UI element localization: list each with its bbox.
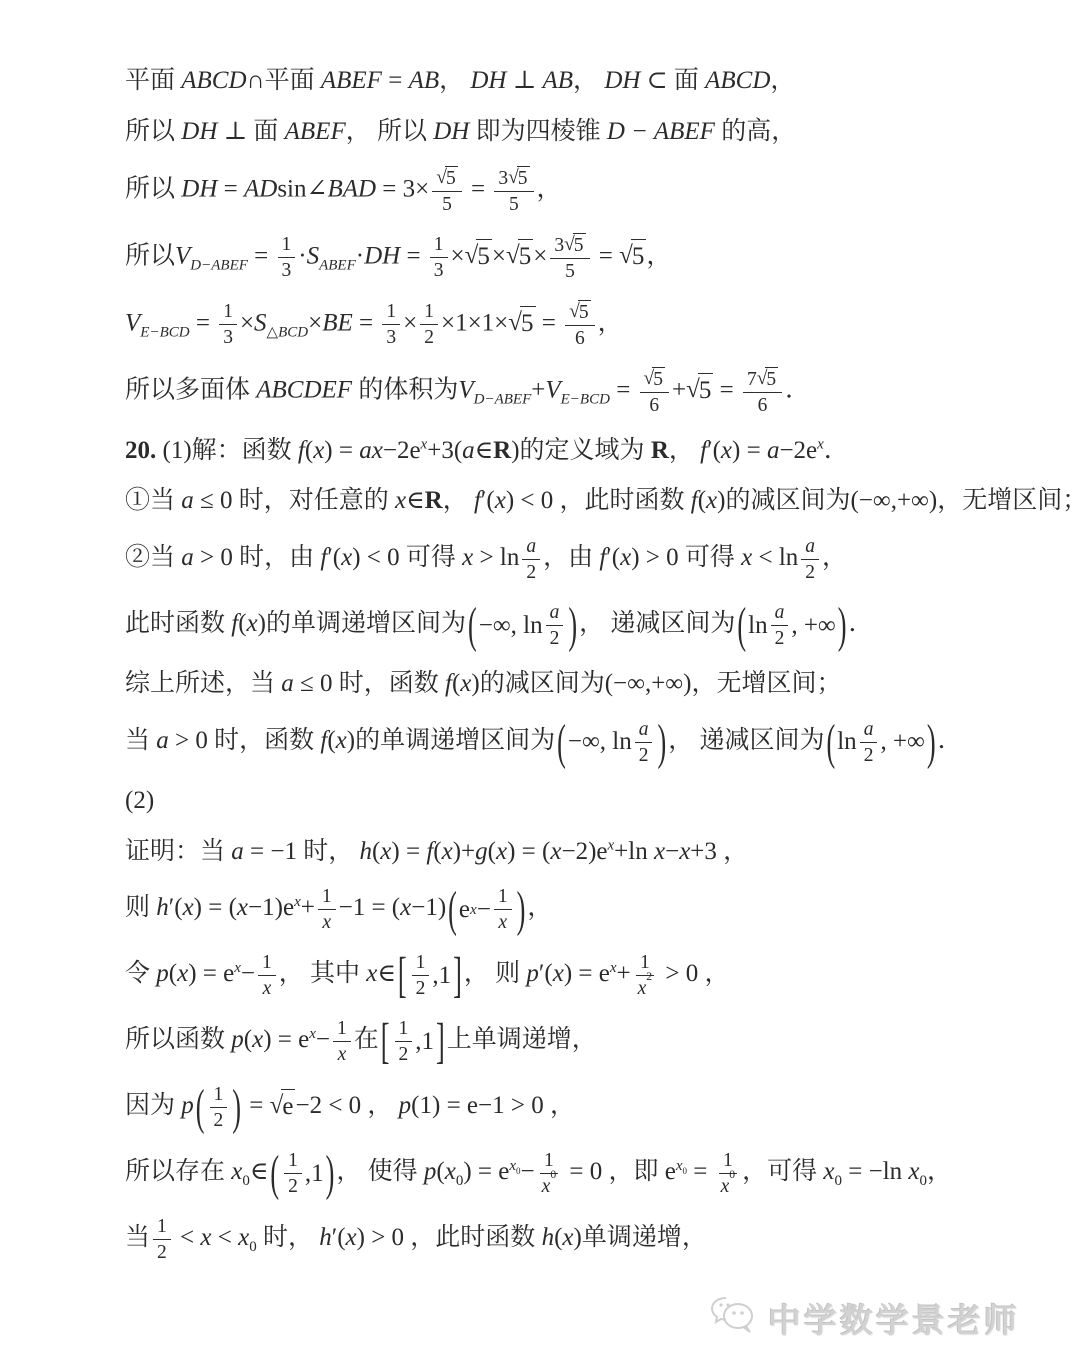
superscript: x [234,960,241,976]
text-run: 所以 [125,175,181,202]
math-line-12: 当 a > 0 时，函数 f(x)的单调递增区间为(−∞, lna2)， 递减区… [125,718,1030,767]
bracket-group: (−∞, lna2) [466,601,579,650]
text-run: ) > 0 可得 [631,544,741,571]
text-run: x [313,437,324,464]
text-run: 2 [214,1109,224,1132]
fraction: √55 [432,166,461,216]
text-run: ′( [169,894,183,921]
math-line-13: (2) [125,784,1030,818]
text-run: x [309,1026,316,1042]
fraction: a2 [771,601,789,650]
radical: √5 [508,306,535,341]
math-line-14: 证明：当 a = −1 时， h(x) = f(x)+g(x) = (x−2)e… [125,835,1030,869]
text-run: = [593,242,620,269]
text-run: V [458,376,473,403]
math-line-3: 所以 DH = ADsin∠BAD = 3×√55 = 3√55， [125,166,1030,216]
text-run: = [465,175,492,202]
subscript: D−ABEF [190,257,248,273]
text-run: AB [409,67,440,94]
fraction: 1x [494,885,512,934]
text-run: 6 [575,327,585,350]
text-run: DH [364,242,400,269]
text-run: ( [169,960,177,987]
fraction: 13 [382,300,400,349]
text-run: x [380,838,391,865]
text-run: )的减区间为(−∞,+∞)，无增区间； [471,670,841,697]
text-run: × [492,242,506,269]
text-run: x [679,838,690,865]
text-run: S [307,242,320,269]
text-run: = [353,309,380,336]
text-run: x [294,894,301,910]
text-run: −2e [779,437,817,464]
text-run: ． [785,376,810,403]
text-run: ABEF [319,257,356,273]
text-run: 5 [518,168,528,189]
fraction: 1x0 [717,1149,740,1198]
text-run: −∞, ln [568,725,632,759]
text-run: (1)解：函数 [156,437,298,464]
text-run: ( [698,487,706,514]
text-run: ，由 [543,544,599,571]
text-run: ， [927,1158,952,1185]
text-run: D−ABEF [190,257,248,273]
text-run: 当 [125,1224,150,1251]
text-run: a [775,601,785,624]
text-run: ( [436,1158,444,1185]
text-run: x [234,960,241,976]
text-run: 则 [125,894,156,921]
fraction: 1x2 [634,951,657,1000]
text-run: 1 [416,951,426,974]
text-run: 2 [646,970,652,983]
text-run: )单调递增， [574,1224,707,1251]
text-run: x [721,437,732,464]
fraction: a2 [635,718,653,767]
text-run: ABCD [181,67,246,94]
text-run: 2 [416,977,426,1000]
text-run: ②当 [125,544,181,571]
text-run: x [445,1158,456,1185]
text-run: R [493,437,511,464]
superscript: x [817,436,824,452]
text-run: (2) [125,787,154,814]
math-line-19: 所以存在 x0∈(12,1)， 使得 p(x0) = ex0−1x0 = 0 ，… [125,1149,1030,1198]
text-run: ． [824,437,849,464]
radical: √5 [506,239,533,274]
text-run: 所以多面体 [125,376,256,403]
text-run: − [241,960,255,987]
text-run: 5 [699,377,712,404]
text-run: 5 [574,235,584,256]
text-run: 2 [526,561,536,584]
radical: √5 [508,166,529,190]
text-run: 所以 [125,118,181,145]
radical: √5 [436,166,457,190]
math-line-7: 20. (1)解：函数 f(x) = ax−2ex+3(a∈R)的定义域为 R，… [125,434,1030,468]
text-run: 7 [747,368,757,391]
text-run: ′( [539,960,553,987]
text-run: p [181,1092,194,1119]
math-line-1: 平面 ABCD∩平面 ABEF = AB， DH ⊥ AB， DH ⊂ 面 AB… [125,64,1030,98]
text-run: x [638,977,647,1000]
text-run: DH [470,67,506,94]
text-run: DH [604,67,640,94]
fraction: 12 [412,951,430,1000]
text-run: 当 [125,727,156,754]
bracket-group: (12) [194,1083,243,1132]
text-run: 0 [249,1239,257,1255]
fraction: 13 [219,300,237,349]
text-run: x [183,894,194,921]
text-run: p [526,960,539,987]
text-run: x [238,1224,249,1251]
text-run: x [553,960,564,987]
text-run: − [316,1026,330,1053]
text-run: f [445,670,452,697]
text-run: x [366,960,377,987]
text-run: 5 [653,369,663,390]
text-run: 1 [262,951,272,974]
text-run: 上单调递增， [447,1026,597,1053]
text-run: a [231,838,244,865]
bracket-group: [12,1] [379,1017,447,1066]
text-run: ∈ [250,1158,269,1185]
text-run: 所以函数 [125,1026,231,1053]
text-run: DH [181,175,217,202]
bracket-group: (−∞, lna2) [555,718,668,767]
text-run: x [706,487,717,514]
fraction: 12 [395,1017,413,1066]
watermark: 中学数学景老师 [706,1292,1020,1344]
text-run: x [237,894,248,921]
radical: √5 [564,233,585,257]
text-run: = [400,242,427,269]
text-run: a [156,727,169,754]
text-run: 0 [920,1173,928,1189]
fraction: 7√56 [743,367,782,417]
text-run: ,1 [305,1157,324,1191]
text-run: BE [322,309,353,336]
bracket-group: (12,1) [268,1149,336,1198]
text-run: ⊥ [506,67,542,94]
text-run: x [562,1224,573,1251]
text-run: a [864,718,874,741]
text-run: = 0 ，即 e [563,1158,676,1185]
text-run: D−ABEF [474,391,532,407]
text-run: 5 [565,260,575,283]
text-run: x [177,960,188,987]
text-run: )的单调递增区间为 [347,727,555,754]
subscript: 0 [835,1173,843,1189]
text-run: D − ABEF [607,118,715,145]
text-run: 3 [223,326,233,349]
text-run: > 0 ， [659,960,729,987]
radical: √5 [644,367,665,391]
text-run: )的定义域为 [511,437,651,464]
text-run: h [319,1224,332,1251]
text-run: 2 [288,1175,298,1198]
subscript: △BCD [267,324,309,340]
text-run: ( [488,838,496,865]
text-run: ′( [327,544,341,571]
math-line-15: 则 h′(x) = (x−1)ex+1x−1 = (x−1)(ex−1x)， [125,885,1030,934]
text-run: )+ [453,838,475,865]
text-run: ， [439,67,470,94]
text-run: 0 [242,1173,250,1189]
fraction: a2 [860,718,878,767]
text-run: E−BCD [561,391,610,407]
text-run: = [248,242,275,269]
text-run: a [526,535,536,558]
text-run: ， 所以 [346,118,434,145]
text-run: (1) = e−1 > 0 ， [411,1092,575,1119]
text-run: = [217,175,244,202]
text-run: = [713,376,740,403]
text-run: )的单调递增区间为 [258,610,466,637]
fraction: 1x [318,885,336,934]
text-run: e [282,1093,293,1120]
fraction: 12 [420,300,438,349]
text-run: x [654,838,665,865]
text-run: ， [573,67,604,94]
text-run: ∈ [475,437,494,464]
text-run: x [550,838,561,865]
text-run: 因为 [125,1092,181,1119]
text-run: g [475,838,488,865]
text-run: h [542,1224,555,1251]
fraction: √56 [565,300,594,350]
text-run: ，可得 [742,1158,823,1185]
subscript: D−ABEF [474,391,532,407]
text-run: 5 [579,302,589,323]
text-run: ′( [707,437,721,464]
text-run: = [536,309,563,336]
math-line-18: 因为 p(12) = √e−2 < 0 ， p(1) = e−1 > 0 ， [125,1083,1030,1132]
text-run: 2 [157,1241,167,1264]
text-run: = [610,376,637,403]
text-run: 令 [125,960,156,987]
text-run: x [200,1224,211,1251]
text-run: 1 [223,300,233,323]
text-run: 3 [386,326,396,349]
text-run: x [496,838,507,865]
text-run: ) = e [263,1026,309,1053]
text-run: a [805,535,815,558]
radical: √5 [757,367,778,391]
subscript: E−BCD [140,324,189,340]
text-run: ． [938,727,963,754]
text-run: ， 使得 [336,1158,424,1185]
text-run: a [462,437,475,464]
fraction: 13 [278,233,296,282]
fraction: √56 [640,367,669,417]
text-run: )的减区间为(−∞,+∞)，无增区间； [717,487,1080,514]
text-run: 在 [354,1026,379,1053]
text-run: 1 [288,1149,298,1172]
text-run: 2 [805,561,815,584]
text-run: ′( [481,487,495,514]
text-run: x [338,1043,347,1066]
text-run: BCD [278,324,308,340]
text-run: ， 则 [464,960,527,987]
text-run: ABEF [285,118,346,145]
text-run: E−BCD [140,324,189,340]
text-run: 1 [157,1215,167,1238]
text-run: 即为四棱锥 [469,118,607,145]
text-run: 2 [639,744,649,767]
superscript: x [294,894,301,910]
text-run: 20. [125,437,156,464]
text-run: + [531,376,545,403]
radical: √5 [569,300,590,324]
text-run: −1 = ( [339,894,401,921]
text-run: x [817,436,824,452]
text-run: −2e [383,437,421,464]
text-run: ABEF [321,67,382,94]
text-run: = [243,1092,270,1119]
math-line-2: 所以 DH ⊥ 面 ABEF， 所以 DH 即为四棱锥 D − ABEF 的高， [125,115,1030,149]
math-line-11: 综上所述，当 a ≤ 0 时，函数 f(x)的减区间为(−∞,+∞)，无增区间； [125,667,1030,701]
math-line-9: ②当 a > 0 时，由 f′(x) < 0 可得 x > lna2，由 f′(… [125,535,1030,584]
math-line-5: VE−BCD = 13×S△BCD×BE = 13×12×1×1×√5 = √5… [125,300,1030,350]
text-run: ) < 0 可得 [352,544,462,571]
text-run: 1 [322,885,332,908]
text-run: 1 [214,1083,224,1106]
text-run: 3 [554,234,564,257]
text-run: x [336,727,347,754]
text-run: ， [443,487,474,514]
bracket-group: (ex−1x) [446,885,527,934]
text-run: DH [181,118,217,145]
text-run: a [550,601,560,624]
text-run: 时， [257,1224,320,1251]
text-run: ， [822,544,847,571]
text-run: a [639,718,649,741]
text-run: ) = [732,437,767,464]
text-run: h [156,894,169,921]
text-run: −2)e [561,838,607,865]
radical: √5 [619,239,646,274]
bracket-group: [12,1] [396,951,464,1000]
watermark-text: 中学数学景老师 [768,1295,1020,1342]
text-run: x [460,670,471,697]
text-run: 1 [424,300,434,323]
text-run: + [301,894,315,921]
text-run: R [425,487,443,514]
text-run: × [240,309,254,336]
text-run: x [823,1158,834,1185]
text-run: = −1 时， [244,838,360,865]
text-run: 的高， [715,118,796,145]
text-run: x [462,544,473,571]
text-run: ) = [391,838,426,865]
text-run: ∩平面 [247,67,321,94]
text-run: x [908,1158,919,1185]
text-run: +3( [427,437,462,464]
text-run: + [672,376,686,403]
fraction: 12 [210,1083,228,1132]
text-run: 1 [386,300,396,323]
superscript: x0 [509,1158,520,1174]
text-run: ， 递减区间为 [579,610,735,637]
document-body: 平面 ABCD∩平面 ABEF = AB， DH ⊥ AB， DH ⊂ 面 AB… [125,64,1030,1281]
text-run: ,1 [432,959,451,993]
text-run: > 0 时，由 [194,544,321,571]
text-run: ， [527,894,552,921]
text-run: ) = ( [507,838,550,865]
text-run: 1 [399,1017,409,1040]
radical: √5 [465,239,492,274]
text-run: ， [646,242,671,269]
text-run: ( [327,727,335,754]
text-run: 5 [442,193,452,216]
text-run: x [442,838,453,865]
text-run: AB [543,67,574,94]
text-run: x [721,1175,730,1198]
text-run: 6 [649,394,659,417]
page: { "page": {"background": "#ffffff", "tex… [0,0,1080,1352]
text-run: · [298,242,306,269]
superscript: x [309,1026,316,1042]
fraction: 13 [430,233,448,282]
text-run: 0 [835,1173,843,1189]
text-run: −∞, ln [479,609,543,643]
text-run: 的体积为 [352,376,458,403]
text-run: x [542,1175,551,1198]
text-run: ， [537,175,562,202]
text-run: ( [305,437,313,464]
text-run: × [533,242,547,269]
text-run: 6 [758,394,768,417]
text-run: ) > 0 ，此时函数 [357,1224,542,1251]
text-run: V [125,309,140,336]
fraction: a2 [522,535,540,584]
text-run: ， [598,309,623,336]
fraction: 1x0 [538,1149,561,1198]
fraction: 12 [153,1215,171,1264]
text-run: ( [238,610,246,637]
text-run: △ [267,324,279,340]
text-run: − [665,838,679,865]
text-run: ( [433,838,441,865]
text-run: ≤ 0 时，对任意的 [194,487,395,514]
math-line-10: 此时函数 f(x)的单调递增区间为(−∞, lna2)， 递减区间为(lna2,… [125,601,1030,650]
text-run: ) = e [564,960,610,987]
text-run: ①当 [125,487,181,514]
text-run: ) < 0 ，此时函数 [506,487,691,514]
text-run: a [767,437,780,464]
text-run: x [400,894,411,921]
text-run: x [252,1026,263,1053]
text-run: 5 [519,243,532,270]
text-run: 综上所述，当 [125,670,281,697]
text-run: e [459,893,470,927]
text-run: ⊥ 面 [217,118,284,145]
text-run: p [399,1092,412,1119]
text-run: x [346,1224,357,1251]
math-line-17: 所以函数 p(x) = ex−1x在[12,1]上单调递增， [125,1017,1030,1066]
text-run: ln [837,725,856,759]
text-run: ， 递减区间为 [668,727,824,754]
text-run: 2 [424,326,434,349]
text-run: BAD [327,175,376,202]
text-run: f [298,437,305,464]
text-run: −1) [411,894,446,921]
text-run: · [356,242,364,269]
text-run: ABCDEF [256,376,352,403]
text-run: f [691,487,698,514]
